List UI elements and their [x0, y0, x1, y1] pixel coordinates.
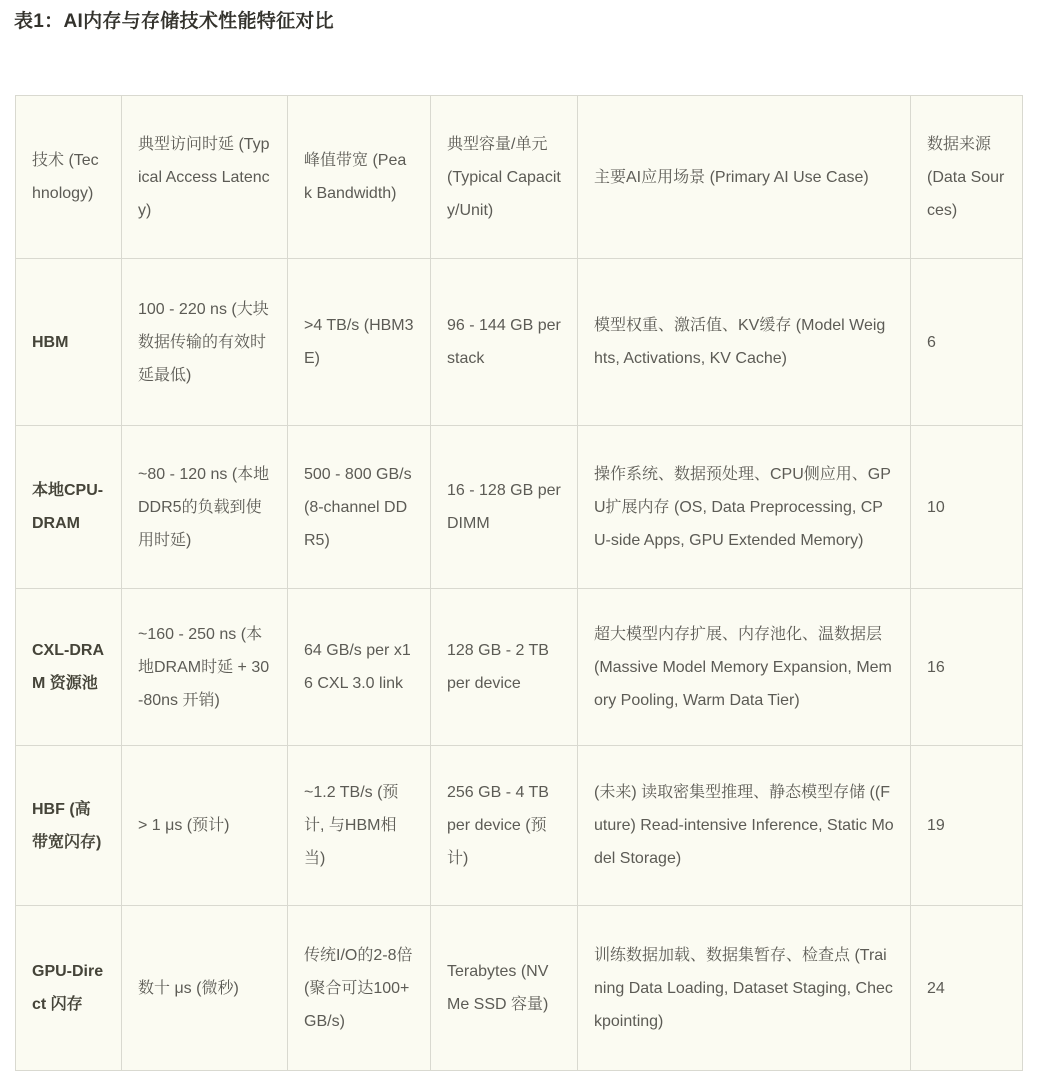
cell-use-case: (未来) 读取密集型推理、静态模型存储 ((Future) Read-inten…	[578, 746, 911, 906]
column-header-technology: 技术 (Technology)	[16, 96, 122, 259]
cell-sources: 6	[911, 259, 1023, 426]
cell-capacity: 256 GB - 4 TB per device (预计)	[431, 746, 578, 906]
spec-comparison-table: 技术 (Technology) 典型访问时延 (Typical Access L…	[15, 95, 1023, 1071]
cell-capacity: 128 GB - 2 TB per device	[431, 589, 578, 746]
table-row: CXL-DRAM 资源池 ~160 - 250 ns (本地DRAM时延 + 3…	[16, 589, 1023, 746]
column-header-sources: 数据来源 (Data Sources)	[911, 96, 1023, 259]
cell-technology: HBF (高带宽闪存)	[16, 746, 122, 906]
cell-bandwidth: >4 TB/s (HBM3E)	[288, 259, 431, 426]
cell-technology: HBM	[16, 259, 122, 426]
table-row: HBM 100 - 220 ns (大块数据传输的有效时延最低) >4 TB/s…	[16, 259, 1023, 426]
table-row: GPU-Direct 闪存 数十 μs (微秒) 传统I/O的2-8倍 (聚合可…	[16, 906, 1023, 1071]
cell-bandwidth: 64 GB/s per x16 CXL 3.0 link	[288, 589, 431, 746]
column-header-bandwidth: 峰值带宽 (Peak Bandwidth)	[288, 96, 431, 259]
table-title: 表1：AI内存与存储技术性能特征对比	[14, 10, 334, 34]
cell-latency: 100 - 220 ns (大块数据传输的有效时延最低)	[122, 259, 288, 426]
cell-capacity: Terabytes (NVMe SSD 容量)	[431, 906, 578, 1071]
cell-sources: 10	[911, 426, 1023, 589]
cell-sources: 19	[911, 746, 1023, 906]
cell-latency: ~80 - 120 ns (本地DDR5的负载到使用时延)	[122, 426, 288, 589]
cell-technology: 本地CPU-DRAM	[16, 426, 122, 589]
cell-use-case: 超大模型内存扩展、内存池化、温数据层 (Massive Model Memory…	[578, 589, 911, 746]
cell-capacity: 16 - 128 GB per DIMM	[431, 426, 578, 589]
cell-sources: 16	[911, 589, 1023, 746]
column-header-capacity: 典型容量/单元 (Typical Capacity/Unit)	[431, 96, 578, 259]
cell-latency: > 1 μs (预计)	[122, 746, 288, 906]
cell-technology: CXL-DRAM 资源池	[16, 589, 122, 746]
cell-technology: GPU-Direct 闪存	[16, 906, 122, 1071]
page: 表1：AI内存与存储技术性能特征对比 技术 (Technology) 典型访问时…	[0, 0, 1043, 1086]
column-header-use-case: 主要AI应用场景 (Primary AI Use Case)	[578, 96, 911, 259]
table-header-row: 技术 (Technology) 典型访问时延 (Typical Access L…	[16, 96, 1023, 259]
cell-sources: 24	[911, 906, 1023, 1071]
cell-latency: ~160 - 250 ns (本地DRAM时延 + 30-80ns 开销)	[122, 589, 288, 746]
table-row: HBF (高带宽闪存) > 1 μs (预计) ~1.2 TB/s (预计, 与…	[16, 746, 1023, 906]
cell-use-case: 模型权重、激活值、KV缓存 (Model Weights, Activation…	[578, 259, 911, 426]
cell-latency: 数十 μs (微秒)	[122, 906, 288, 1071]
cell-capacity: 96 - 144 GB per stack	[431, 259, 578, 426]
cell-bandwidth: ~1.2 TB/s (预计, 与HBM相当)	[288, 746, 431, 906]
cell-use-case: 训练数据加载、数据集暂存、检查点 (Training Data Loading,…	[578, 906, 911, 1071]
cell-bandwidth: 500 - 800 GB/s (8-channel DDR5)	[288, 426, 431, 589]
column-header-latency: 典型访问时延 (Typical Access Latency)	[122, 96, 288, 259]
table-row: 本地CPU-DRAM ~80 - 120 ns (本地DDR5的负载到使用时延)…	[16, 426, 1023, 589]
cell-bandwidth: 传统I/O的2-8倍 (聚合可达100+ GB/s)	[288, 906, 431, 1071]
cell-use-case: 操作系统、数据预处理、CPU侧应用、GPU扩展内存 (OS, Data Prep…	[578, 426, 911, 589]
